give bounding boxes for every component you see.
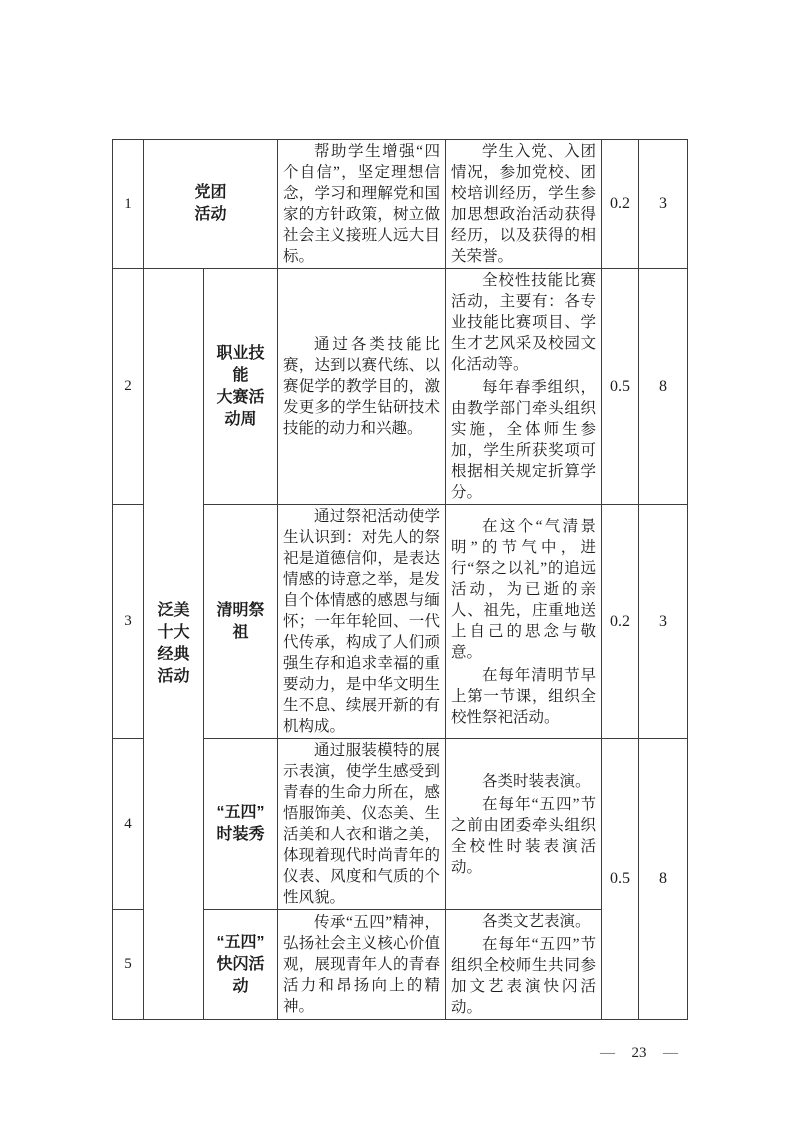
row-number-cell: 2: [113, 269, 144, 505]
subcategory-cell: 清明祭 祖: [204, 505, 278, 739]
category-cell: 党团 活动: [144, 140, 278, 269]
max-score-cell: 3: [639, 140, 688, 269]
max-score-cell: 8: [639, 739, 688, 1020]
row-number-cell: 5: [113, 910, 144, 1020]
score-cell: 0.2: [602, 505, 639, 739]
description-paragraph: 帮助学生增强“四个自信”，坚定理想信念，学习和理解党和国家的方针政策，树立做社会…: [278, 140, 445, 268]
implementation-paragraph: 在每年“五四”节之前由团委牵头组织全校性时装表演活动。: [446, 793, 601, 879]
subcategory-cell: “五四” 时装秀: [204, 739, 278, 910]
implementation-paragraph: 在每年清明节早上第一节课，组织全校性祭祀活动。: [446, 664, 601, 729]
page-number-dash-right: —: [663, 1045, 678, 1062]
subcategory-cell: 职业技 能 大赛活 动周: [204, 269, 278, 505]
implementation-paragraph: 学生入党、入团情况，参加党校、团校培训经历，学生参加思想政治活动获得经历，以及获…: [446, 140, 601, 268]
score-cell: 0.5: [602, 269, 639, 505]
implementation-paragraph: 在这个“气清景明”的节气中，进行“祭之以礼”的追远活动，为已逝的亲人、祖先，庄重…: [446, 515, 601, 664]
description-cell: 通过各类技能比赛，达到以赛代练、以赛促学的教学目的，激发更多的学生钻研技术技能的…: [278, 269, 446, 505]
max-score-cell: 3: [639, 505, 688, 739]
implementation-cell: 全校性技能比赛活动，主要有：各专业技能比赛项目、学生才艺风采及校园文化活动等。 …: [446, 269, 602, 505]
row-number-cell: 4: [113, 739, 144, 910]
description-paragraph: 通过服装模特的展示表演，使学生感受到青春的生命力所在，感悟服饰美、仪态美、生活美…: [278, 739, 445, 909]
activities-table: 1 党团 活动 帮助学生增强“四个自信”，坚定理想信念，学习和理解党和国家的方针…: [112, 139, 688, 1020]
description-paragraph: 通过各类技能比赛，达到以赛代练、以赛促学的教学目的，激发更多的学生钻研技术技能的…: [278, 333, 445, 440]
row-number-cell: 3: [113, 505, 144, 739]
description-paragraph: 通过祭祀活动使学生认识到：对先人的祭祀是道德信仰，是表达情感的诗意之举，是发自个…: [278, 505, 445, 738]
implementation-cell: 各类文艺表演。 在每年“五四”节组织全校师生共同参加文艺表演快闪活动。: [446, 910, 602, 1020]
max-score-cell: 8: [639, 269, 688, 505]
subcategory-cell: “五四” 快闪活 动: [204, 910, 278, 1020]
description-paragraph: 传承“五四”精神，弘扬社会主义核心价值观，展现青年人的青春活力和昂扬向上的精神。: [278, 911, 445, 1018]
implementation-paragraph: 各类文艺表演。: [446, 910, 601, 933]
merged-category-cell: 泛美 十大 经典 活动: [144, 269, 204, 1020]
description-cell: 通过服装模特的展示表演，使学生感受到青春的生命力所在，感悟服饰美、仪态美、生活美…: [278, 739, 446, 910]
implementation-paragraph: 各类时装表演。: [446, 770, 601, 793]
implementation-paragraph: 在每年“五四”节组织全校师生共同参加文艺表演快闪活动。: [446, 933, 601, 1019]
description-cell: 传承“五四”精神，弘扬社会主义核心价值观，展现青年人的青春活力和昂扬向上的精神。: [278, 910, 446, 1020]
row-number-cell: 1: [113, 140, 144, 269]
description-cell: 帮助学生增强“四个自信”，坚定理想信念，学习和理解党和国家的方针政策，树立做社会…: [278, 140, 446, 269]
implementation-paragraph: 每年春季组织，由教学部门牵头组织实施，全体师生参加，学生所获奖项可根据相关规定折…: [446, 376, 601, 504]
page-number: — 23 —: [600, 1045, 678, 1062]
implementation-paragraph: 全校性技能比赛活动，主要有：各专业技能比赛项目、学生才艺风采及校园文化活动等。: [446, 269, 601, 376]
page-number-value: 23: [632, 1045, 647, 1062]
page-number-dash-left: —: [600, 1045, 615, 1062]
table-row: 1 党团 活动 帮助学生增强“四个自信”，坚定理想信念，学习和理解党和国家的方针…: [113, 140, 688, 269]
table-row: 2 泛美 十大 经典 活动 职业技 能 大赛活 动周 通过各类技能比赛，达到以赛…: [113, 269, 688, 505]
implementation-cell: 学生入党、入团情况，参加党校、团校培训经历，学生参加思想政治活动获得经历，以及获…: [446, 140, 602, 269]
implementation-cell: 各类时装表演。 在每年“五四”节之前由团委牵头组织全校性时装表演活动。: [446, 739, 602, 910]
score-cell: 0.5: [602, 739, 639, 1020]
score-cell: 0.2: [602, 140, 639, 269]
description-cell: 通过祭祀活动使学生认识到：对先人的祭祀是道德信仰，是表达情感的诗意之举，是发自个…: [278, 505, 446, 739]
implementation-cell: 在这个“气清景明”的节气中，进行“祭之以礼”的追远活动，为已逝的亲人、祖先，庄重…: [446, 505, 602, 739]
